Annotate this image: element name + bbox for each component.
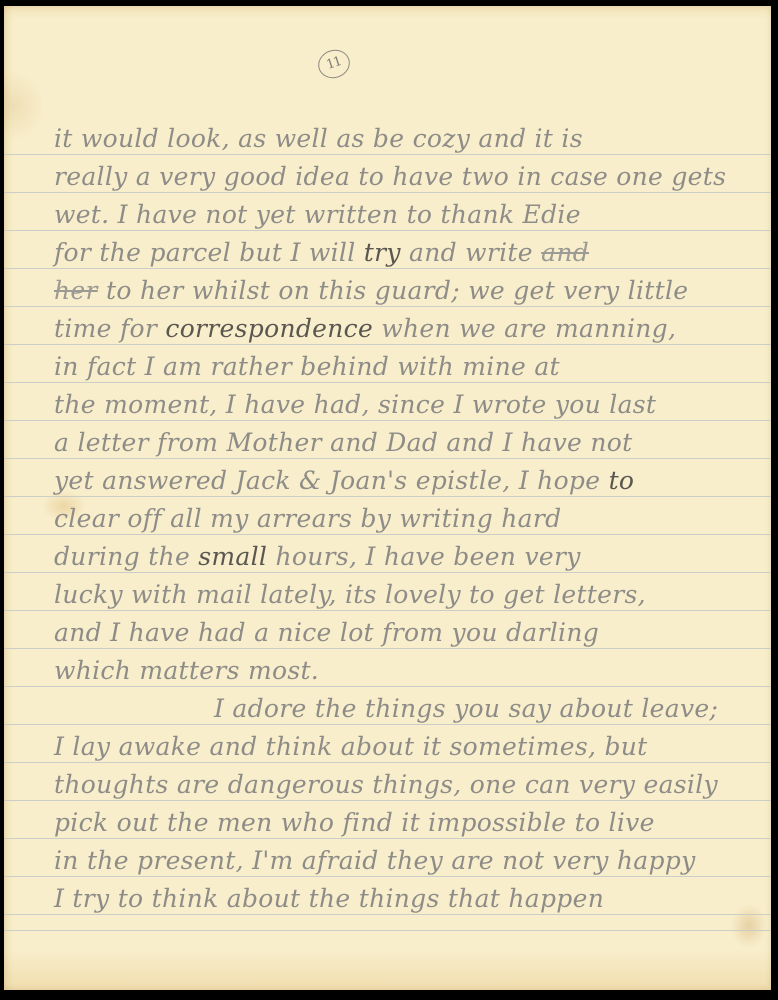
text-line-18: thoughts are dangerous things, one can v… (54, 770, 769, 799)
ruled-line (4, 686, 771, 687)
ruled-line (4, 306, 771, 307)
text-line-15: which matters most. (54, 656, 769, 685)
ruled-line (4, 496, 771, 497)
ruled-line (4, 914, 771, 915)
dark-pencil-word: try (364, 238, 401, 267)
line-text: when we are manning, (373, 314, 676, 343)
text-line-10: yet answered Jack & Joan's epistle, I ho… (54, 466, 769, 495)
line-text: for the parcel but I will (54, 238, 364, 267)
line-text: during the (54, 542, 198, 571)
text-line-9: a letter from Mother and Dad and I have … (54, 428, 769, 457)
ruled-line (4, 876, 771, 877)
dark-pencil-word: to (609, 466, 635, 495)
text-line-13: lucky with mail lately, its lovely to ge… (54, 580, 769, 609)
line-text: the moment, I have had, since I wrote yo… (54, 390, 656, 419)
text-line-21: I try to think about the things that hap… (54, 884, 769, 913)
text-line-8: the moment, I have had, since I wrote yo… (54, 390, 769, 419)
line-text: a letter from Mother and Dad and I have … (54, 428, 632, 457)
line-text: thoughts are dangerous things, one can v… (54, 770, 718, 799)
text-line-4: for the parcel but I will try and write … (54, 238, 769, 267)
ruled-line (4, 930, 771, 931)
ruled-line (4, 572, 771, 573)
text-line-11: clear off all my arrears by writing hard (54, 504, 769, 533)
letter-page: 11 it would look, as well as be cozy and… (4, 6, 771, 990)
page-number: 11 (314, 46, 353, 83)
line-text: hours, I have been very (267, 542, 580, 571)
text-line-6: time for correspondence when we are mann… (54, 314, 769, 343)
line-text: and write (401, 238, 541, 267)
ruled-line (4, 610, 771, 611)
line-text: yet answered Jack & Joan's epistle, I ho… (54, 466, 609, 495)
text-line-19: pick out the men who find it impossible … (54, 808, 769, 837)
dark-pencil-word: small (198, 542, 267, 571)
ruled-line (4, 420, 771, 421)
line-text: wet. I have not yet written to thank Edi… (54, 200, 581, 229)
ruled-line (4, 534, 771, 535)
ruled-line (4, 230, 771, 231)
line-text: and I have had a nice lot from you darli… (54, 618, 599, 647)
ruled-line (4, 724, 771, 725)
text-line-3: wet. I have not yet written to thank Edi… (54, 200, 769, 229)
line-text: I try to think about the things that hap… (54, 884, 604, 913)
line-text: lucky with mail lately, its lovely to ge… (54, 580, 646, 609)
text-line-20: in the present, I'm afraid they are not … (54, 846, 769, 875)
dark-pencil-word: correspondence (165, 314, 373, 343)
text-line-2: really a very good idea to have two in c… (54, 162, 769, 191)
line-text: I lay awake and think about it sometimes… (54, 732, 648, 761)
ruled-line (4, 762, 771, 763)
line-text: to her whilst on this guard; we get very… (98, 276, 689, 305)
text-line-1: it would look, as well as be cozy and it… (54, 124, 769, 153)
ruled-line (4, 648, 771, 649)
ruled-line (4, 800, 771, 801)
struck-word: and (541, 238, 589, 267)
line-text: it would look, as well as be cozy and it… (54, 124, 583, 153)
line-text: in fact I am rather behind with mine at (54, 352, 560, 381)
ruled-line (4, 838, 771, 839)
text-line-12: during the small hours, I have been very (54, 542, 769, 571)
line-text: clear off all my arrears by writing hard (54, 504, 561, 533)
line-text: time for (54, 314, 165, 343)
text-line-5: her to her whilst on this guard; we get … (54, 276, 769, 305)
line-text: in the present, I'm afraid they are not … (54, 846, 696, 875)
text-line-14: and I have had a nice lot from you darli… (54, 618, 769, 647)
line-text: pick out the men who find it impossible … (54, 808, 655, 837)
line-text: I adore the things you say about leave; (214, 694, 718, 723)
ruled-line (4, 268, 771, 269)
struck-word: her (54, 276, 98, 305)
text-line-16: I adore the things you say about leave; (214, 694, 778, 723)
ruled-line (4, 382, 771, 383)
ruled-line (4, 458, 771, 459)
ruled-line (4, 154, 771, 155)
ruled-line (4, 192, 771, 193)
text-line-17: I lay awake and think about it sometimes… (54, 732, 769, 761)
text-line-7: in fact I am rather behind with mine at (54, 352, 769, 381)
line-text: really a very good idea to have two in c… (54, 162, 726, 191)
ruled-line (4, 344, 771, 345)
line-text: which matters most. (54, 656, 319, 685)
